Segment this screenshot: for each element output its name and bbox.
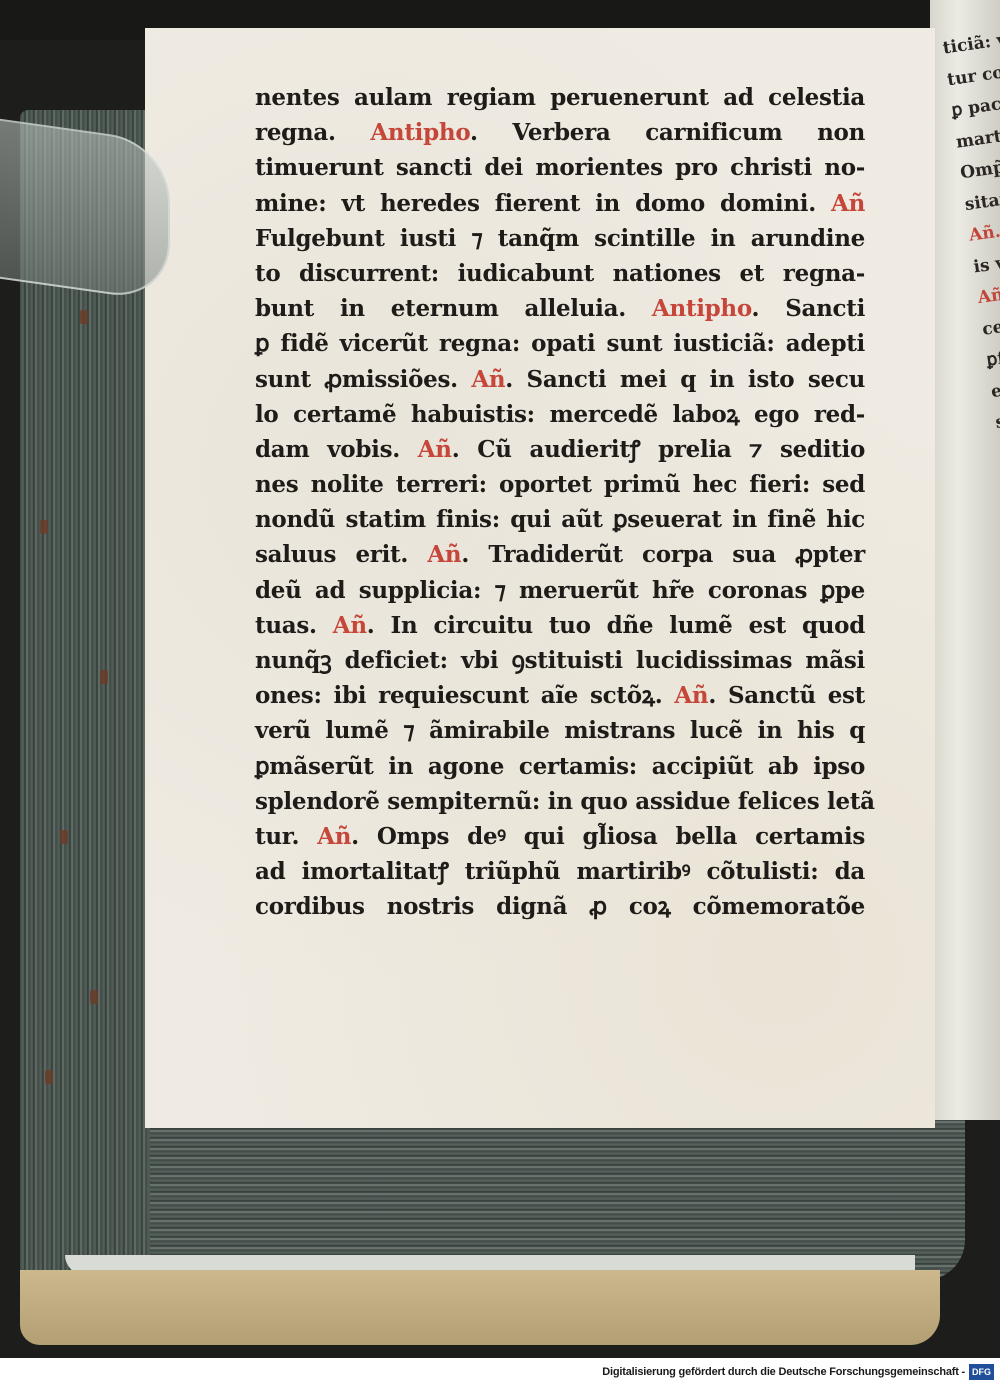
text-line: tur. Añ. Omps deꝰ qui gl̃iosa bella cert… (255, 819, 865, 854)
text-run: deũ ad supplicia: ⁊ meruerũt hr̃e corona… (255, 577, 865, 604)
rubric: Añ (333, 612, 367, 639)
text-line: ꝑ fidẽ vicerũt regna: opati sunt iustici… (255, 326, 865, 361)
text-run: . Sancti mei q in isto secu (505, 366, 865, 393)
text-line: to discurrent: iudicabunt nationes et re… (255, 256, 865, 291)
rubric: Añ (471, 366, 505, 393)
text-run: to discurrent: iudicabunt nationes et re… (255, 260, 865, 287)
rubric: Añ (317, 823, 351, 850)
rubric: Añ (831, 190, 865, 217)
text-run: regna. (255, 119, 370, 146)
text-run: . Sancti (752, 295, 866, 322)
text-run: ones: ibi requiescunt aĩe sctõꝝ. (255, 682, 674, 709)
text-run: sunt ꝓmissiões. (255, 366, 471, 393)
digitization-credit-bar: Digitalisierung gefördert durch die Deut… (0, 1358, 1000, 1386)
text-line: nentes aulam regiam peruenerunt ad celes… (255, 80, 865, 115)
text-run: bunt in eternum alleluia. (255, 295, 652, 322)
opposite-page-text: ticiã: vitur coꝝ pꝑ paciammartyres iOmp̃… (930, 0, 1000, 783)
rubric: Antipho (370, 119, 470, 146)
text-line: nunq̃ꝫ deficiet: vbi ꝯstituisti lucidiss… (255, 643, 865, 678)
text-run: . Tradiderũt corpa sua ꝓpter (461, 541, 865, 568)
text-run: . Verbera carnificum non (470, 119, 865, 146)
text-run: . Cũ audieritꝭ prelia ⁊ seditio (452, 436, 865, 463)
text-run: . Omps deꝰ qui gl̃iosa bella certamis (351, 823, 865, 850)
text-run: nentes aulam regiam peruenerunt ad celes… (255, 84, 865, 111)
text-run: saluus erit. (255, 541, 427, 568)
text-run: verũ lumẽ ⁊ ãmirabile mistrans lucẽ in h… (255, 717, 865, 744)
opposite-page: ticiã: vitur coꝝ pꝑ paciammartyres iOmp̃… (930, 0, 1000, 1120)
text-line: ad imortalitatꝭ triũphũ martiribꝰ cõtuli… (255, 854, 865, 889)
text-run: ꝑmãserũt in agone certamis: accipiũt ab … (255, 753, 865, 780)
text-line: deũ ad supplicia: ⁊ meruerũt hr̃e corona… (255, 573, 865, 608)
text-run: mine: vt heredes fierent in domo domini. (255, 190, 831, 217)
text-line: lo certamẽ habuistis: mercedẽ laboꝝ ego … (255, 397, 865, 432)
text-run: nes nolite terreri: oportet primũ hec fi… (255, 471, 865, 498)
text-run: tur. (255, 823, 317, 850)
dfg-logo-icon: DFG (969, 1364, 994, 1380)
rubric: Añ (427, 541, 461, 568)
rubric: Antipho (652, 295, 752, 322)
text-run: nunq̃ꝫ deficiet: vbi ꝯstituisti lucidiss… (255, 647, 865, 674)
text-run: Fulgebunt iusti ⁊ tanq̃m scintille in ar… (255, 225, 865, 252)
funding-credit-text: Digitalisierung gefördert durch die Deut… (602, 1366, 965, 1378)
rubric: Añ (418, 436, 452, 463)
text-run: ad imortalitatꝭ triũphũ martiribꝰ cõtuli… (255, 858, 865, 885)
text-line: nondũ statim finis: qui aũt ꝑseuerat in … (255, 502, 865, 537)
text-line: verũ lumẽ ⁊ ãmirabile mistrans lucẽ in h… (255, 713, 865, 748)
text-line: ones: ibi requiescunt aĩe sctõꝝ. Añ. San… (255, 678, 865, 713)
text-run: lo certamẽ habuistis: mercedẽ laboꝝ ego … (255, 401, 865, 428)
text-run: nondũ statim finis: qui aũt ꝑseuerat in … (255, 506, 865, 533)
text-line: cordibus nostris dignã ꝓ coꝝ cõmemoratõe (255, 889, 865, 924)
text-run: dam vobis. (255, 436, 418, 463)
book-scan: ticiã: vitur coꝝ pꝑ paciammartyres iOmp̃… (0, 0, 1000, 1358)
text-line: bunt in eternum alleluia. Antipho. Sanct… (255, 291, 865, 326)
text-line: nes nolite terreri: oportet primũ hec fi… (255, 467, 865, 502)
text-run: cordibus nostris dignã ꝓ coꝝ cõmemoratõe (255, 893, 865, 920)
text-line: timuerunt sancti dei morientes pro chris… (255, 150, 865, 185)
text-run: ꝑ fidẽ vicerũt regna: opati sunt iustici… (255, 330, 865, 357)
text-line: dam vobis. Añ. Cũ audieritꝭ prelia ⁊ sed… (255, 432, 865, 467)
text-line: sunt ꝓmissiões. Añ. Sancti mei q in isto… (255, 362, 865, 397)
text-run: tuas. (255, 612, 333, 639)
leather-cover-bottom (20, 1270, 940, 1345)
text-line: saluus erit. Añ. Tradiderũt corpa sua ꝓp… (255, 537, 865, 572)
text-line: ꝑmãserũt in agone certamis: accipiũt ab … (255, 749, 865, 784)
book-page: nentes aulam regiam peruenerunt ad celes… (145, 28, 935, 1128)
page-text-block: nentes aulam regiam peruenerunt ad celes… (255, 80, 865, 925)
text-line: regna. Antipho. Verbera carnificum non (255, 115, 865, 150)
text-run: splendorẽ sempiternũ: in quo assidue fel… (255, 788, 875, 815)
text-run: timuerunt sancti dei morientes pro chris… (255, 154, 865, 181)
text-line: tuas. Añ. In circuitu tuo dñe lumẽ est q… (255, 608, 865, 643)
text-run: . Sanctũ est (708, 682, 865, 709)
text-line: splendorẽ sempiternũ: in quo assidue fel… (255, 784, 865, 819)
text-line: Fulgebunt iusti ⁊ tanq̃m scintille in ar… (255, 221, 865, 256)
text-run: . In circuitu tuo dñe lumẽ est quod (367, 612, 865, 639)
rubric: Añ (674, 682, 708, 709)
text-line: mine: vt heredes fierent in domo domini.… (255, 186, 865, 221)
